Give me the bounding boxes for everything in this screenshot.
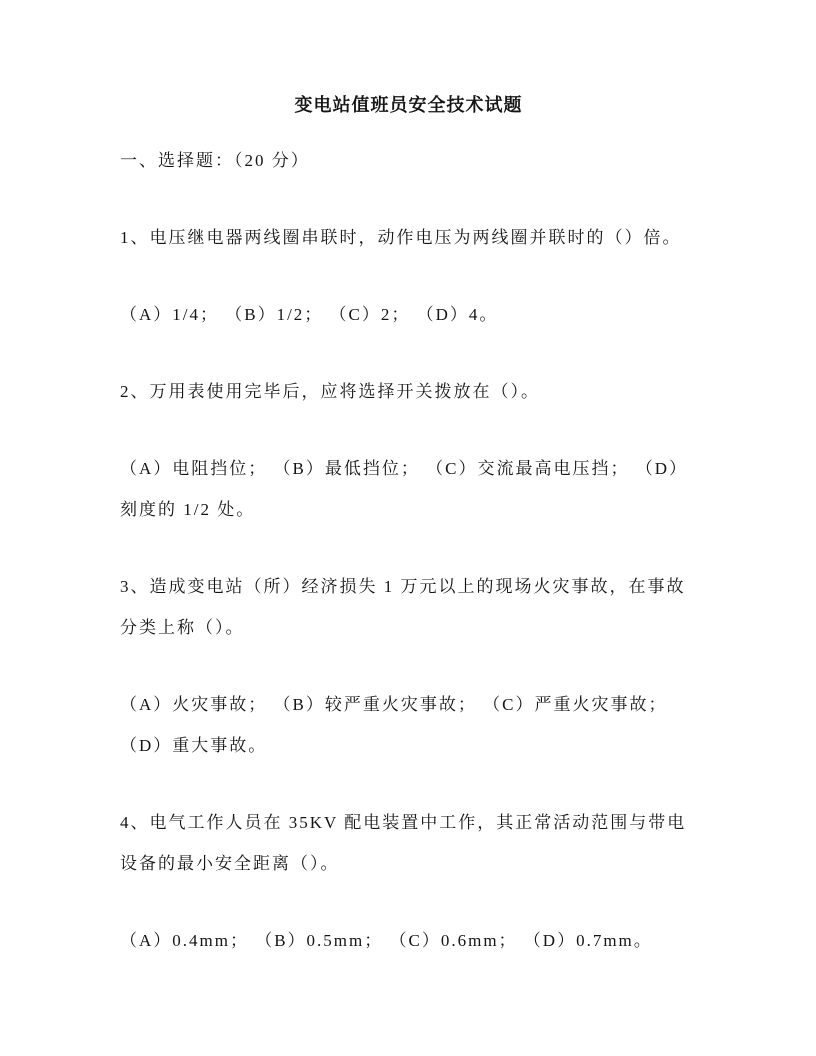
question-1-stem: 1、电压继电器两线圈串联时，动作电压为两线圈并联时的（）倍。 xyxy=(120,217,697,258)
document-page: 变电站值班员安全技术试题 一、选择题：（20 分） 1、电压继电器两线圈串联时，… xyxy=(0,0,816,1056)
question-1: 1、电压继电器两线圈串联时，动作电压为两线圈并联时的（）倍。 （A）1/4； （… xyxy=(120,217,697,335)
question-3: 3、造成变电站（所）经济损失 1 万元以上的现场火灾事故，在事故分类上称（）。 … xyxy=(120,566,697,766)
question-4-options: （A）0.4mm； （B）0.5mm； （C）0.6mm； （D）0.7mm。 xyxy=(120,920,697,961)
question-2: 2、万用表使用完毕后，应将选择开关拨放在（）。 （A）电阻挡位； （B）最低挡位… xyxy=(120,371,697,530)
question-2-options: （A）电阻挡位； （B）最低挡位； （C）交流最高电压挡； （D）刻度的 1/2… xyxy=(120,448,697,530)
section-heading: 一、选择题：（20 分） xyxy=(120,140,697,181)
question-1-options: （A）1/4； （B）1/2； （C）2； （D）4。 xyxy=(120,294,697,335)
question-3-options: （A）火灾事故； （B）较严重火灾事故； （C）严重火灾事故； （D）重大事故。 xyxy=(120,684,697,766)
question-3-stem: 3、造成变电站（所）经济损失 1 万元以上的现场火灾事故，在事故分类上称（）。 xyxy=(120,566,697,648)
question-2-stem: 2、万用表使用完毕后，应将选择开关拨放在（）。 xyxy=(120,371,697,412)
question-4-stem: 4、电气工作人员在 35KV 配电装置中工作，其正常活动范围与带电设备的最小安全… xyxy=(120,802,697,884)
document-title: 变电站值班员安全技术试题 xyxy=(120,85,697,126)
document-content: 变电站值班员安全技术试题 一、选择题：（20 分） 1、电压继电器两线圈串联时，… xyxy=(0,0,816,961)
question-4: 4、电气工作人员在 35KV 配电装置中工作，其正常活动范围与带电设备的最小安全… xyxy=(120,802,697,961)
